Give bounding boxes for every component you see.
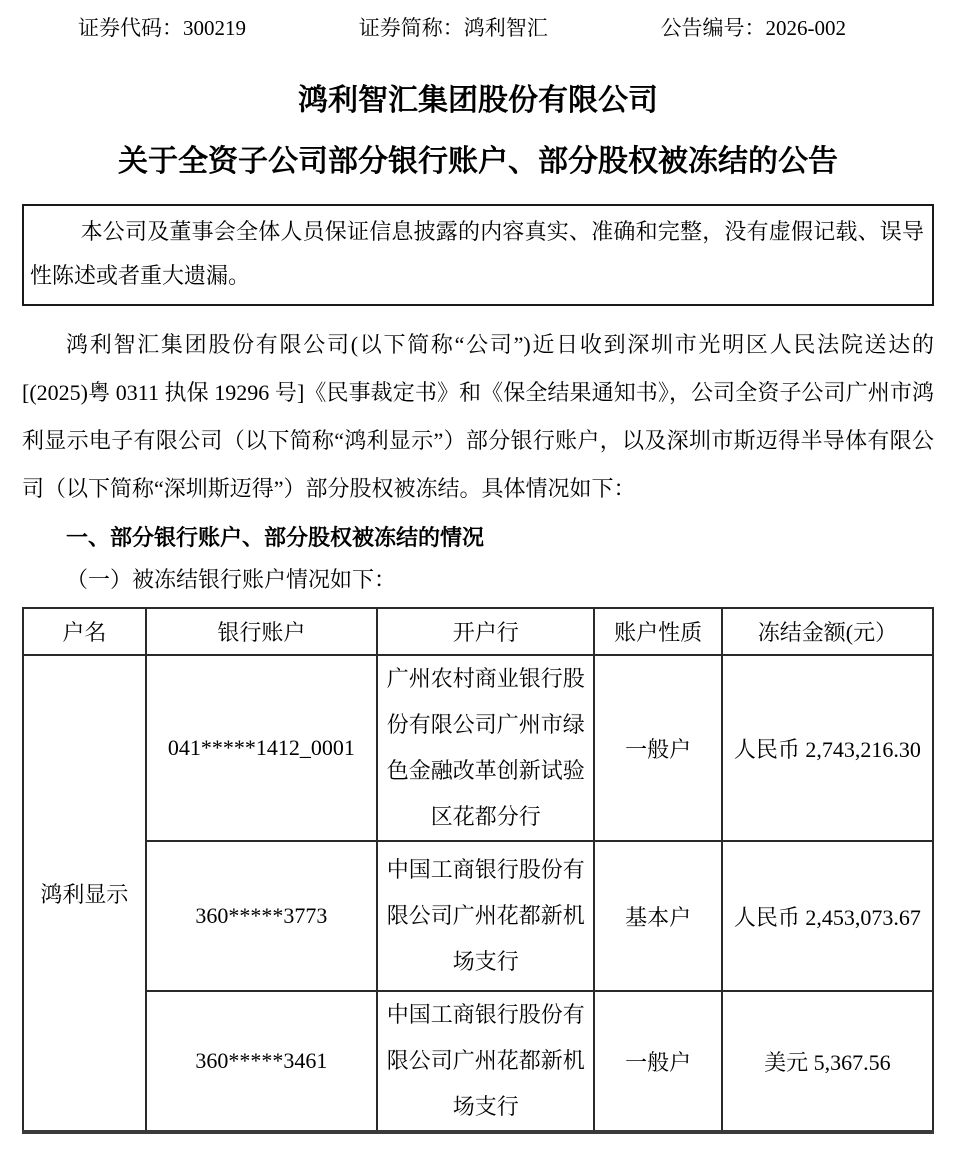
section1-heading: 一、部分银行账户、部分股权被冻结的情况 <box>22 517 934 559</box>
frozen-amount: 美元 5,367.56 <box>722 991 933 1132</box>
stock-code: 证券代码：300219 <box>78 14 246 42</box>
account-type: 基本户 <box>594 841 721 991</box>
frozen-accounts-table: 户名 银行账户 开户行 账户性质 冻结金额(元） 鸿利显示 041*****14… <box>22 607 934 1134</box>
bank-account-number: 360*****3461 <box>146 991 377 1132</box>
bank-branch: 中国工商银行股份有限公司广州花都新机场支行 <box>377 991 594 1132</box>
section1-subheading: （一）被冻结银行账户情况如下： <box>22 560 934 600</box>
body-paragraph: 鸿利智汇集团股份有限公司(以下简称“公司”)近日收到深圳市光明区人民法院送达的[… <box>22 321 934 513</box>
table-row: 360*****3773 中国工商银行股份有限公司广州花都新机场支行 基本户 人… <box>23 841 933 991</box>
frozen-amount: 人民币 2,743,216.30 <box>722 655 933 841</box>
col-header-bank-account: 银行账户 <box>146 608 377 655</box>
table-row: 360*****3461 中国工商银行股份有限公司广州花都新机场支行 一般户 美… <box>23 991 933 1132</box>
announcement-title: 关于全资子公司部分银行账户、部分股权被冻结的公告 <box>22 145 934 179</box>
stock-name-label: 证券简称： <box>359 16 464 40</box>
bank-account-number: 041*****1412_0001 <box>146 655 377 841</box>
account-type: 一般户 <box>594 991 721 1132</box>
bank-branch: 广州农村商业银行股份有限公司广州市绿色金融改革创新试验区花都分行 <box>377 655 594 841</box>
securities-meta-row: 证券代码：300219 证券简称：鸿利智汇 公告编号：2026-002 <box>22 0 934 42</box>
bank-account-number: 360*****3773 <box>146 841 377 991</box>
table-header-row: 户名 银行账户 开户行 账户性质 冻结金额(元） <box>23 608 933 655</box>
company-title: 鸿利智汇集团股份有限公司 <box>22 84 934 118</box>
account-holder-name: 鸿利显示 <box>23 655 146 1132</box>
stock-name-value: 鸿利智汇 <box>464 16 548 40</box>
account-type: 一般户 <box>594 655 721 841</box>
stock-code-label: 证券代码： <box>78 16 183 40</box>
col-header-bank-branch: 开户行 <box>377 608 594 655</box>
col-header-account-name: 户名 <box>23 608 146 655</box>
announcement-number: 公告编号：2026-002 <box>661 14 847 42</box>
announcement-number-value: 2026-002 <box>766 16 847 40</box>
announcement-number-label: 公告编号： <box>661 16 766 40</box>
bank-branch: 中国工商银行股份有限公司广州花都新机场支行 <box>377 841 594 991</box>
col-header-account-type: 账户性质 <box>594 608 721 655</box>
stock-name: 证券简称：鸿利智汇 <box>359 14 548 42</box>
stock-code-value: 300219 <box>183 16 246 40</box>
disclaimer-text: 本公司及董事会全体人员保证信息披露的内容真实、准确和完整，没有虚假记载、误导性陈… <box>30 210 924 298</box>
frozen-amount: 人民币 2,453,073.67 <box>722 841 933 991</box>
col-header-frozen-amount: 冻结金额(元） <box>722 608 933 655</box>
table-row: 鸿利显示 041*****1412_0001 广州农村商业银行股份有限公司广州市… <box>23 655 933 841</box>
disclaimer-box: 本公司及董事会全体人员保证信息披露的内容真实、准确和完整，没有虚假记载、误导性陈… <box>22 204 934 306</box>
announcement-page: 证券代码：300219 证券简称：鸿利智汇 公告编号：2026-002 鸿利智汇… <box>0 0 956 1154</box>
